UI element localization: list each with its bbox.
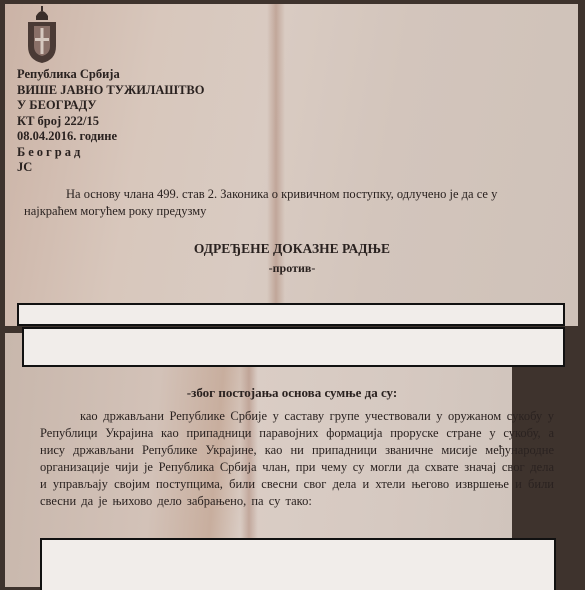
grounds-heading: -због постојања основа сумње да су: bbox=[22, 385, 562, 401]
author-initials: ЈС bbox=[17, 160, 205, 176]
redaction-box bbox=[17, 303, 565, 326]
document-title: ОДРЕЂЕНЕ ДОКАЗНЕ РАДЊЕ bbox=[22, 241, 562, 257]
document-date: 08.04.2016. године bbox=[17, 129, 205, 145]
body-paragraph: као држављани Републике Србије у саставу… bbox=[40, 408, 554, 510]
serbia-coat-of-arms-icon bbox=[24, 6, 60, 64]
country-name: Република Србија bbox=[17, 67, 205, 83]
document-place: Београд bbox=[17, 145, 205, 161]
intro-paragraph: На основу члана 499. став 2. Законика о … bbox=[24, 186, 544, 220]
office-name: ВИШЕ ЈАВНО ТУЖИЛАШТВО bbox=[17, 83, 205, 99]
redaction-box bbox=[22, 327, 565, 367]
case-number: КТ број 222/15 bbox=[17, 114, 205, 130]
redaction-box bbox=[40, 538, 556, 590]
paper-fold bbox=[267, 4, 285, 326]
document-header: Република Србија ВИШЕ ЈАВНО ТУЖИЛАШТВО У… bbox=[17, 67, 205, 176]
office-city: У БЕОГРАДУ bbox=[17, 98, 205, 114]
against-label: -против- bbox=[22, 261, 562, 276]
